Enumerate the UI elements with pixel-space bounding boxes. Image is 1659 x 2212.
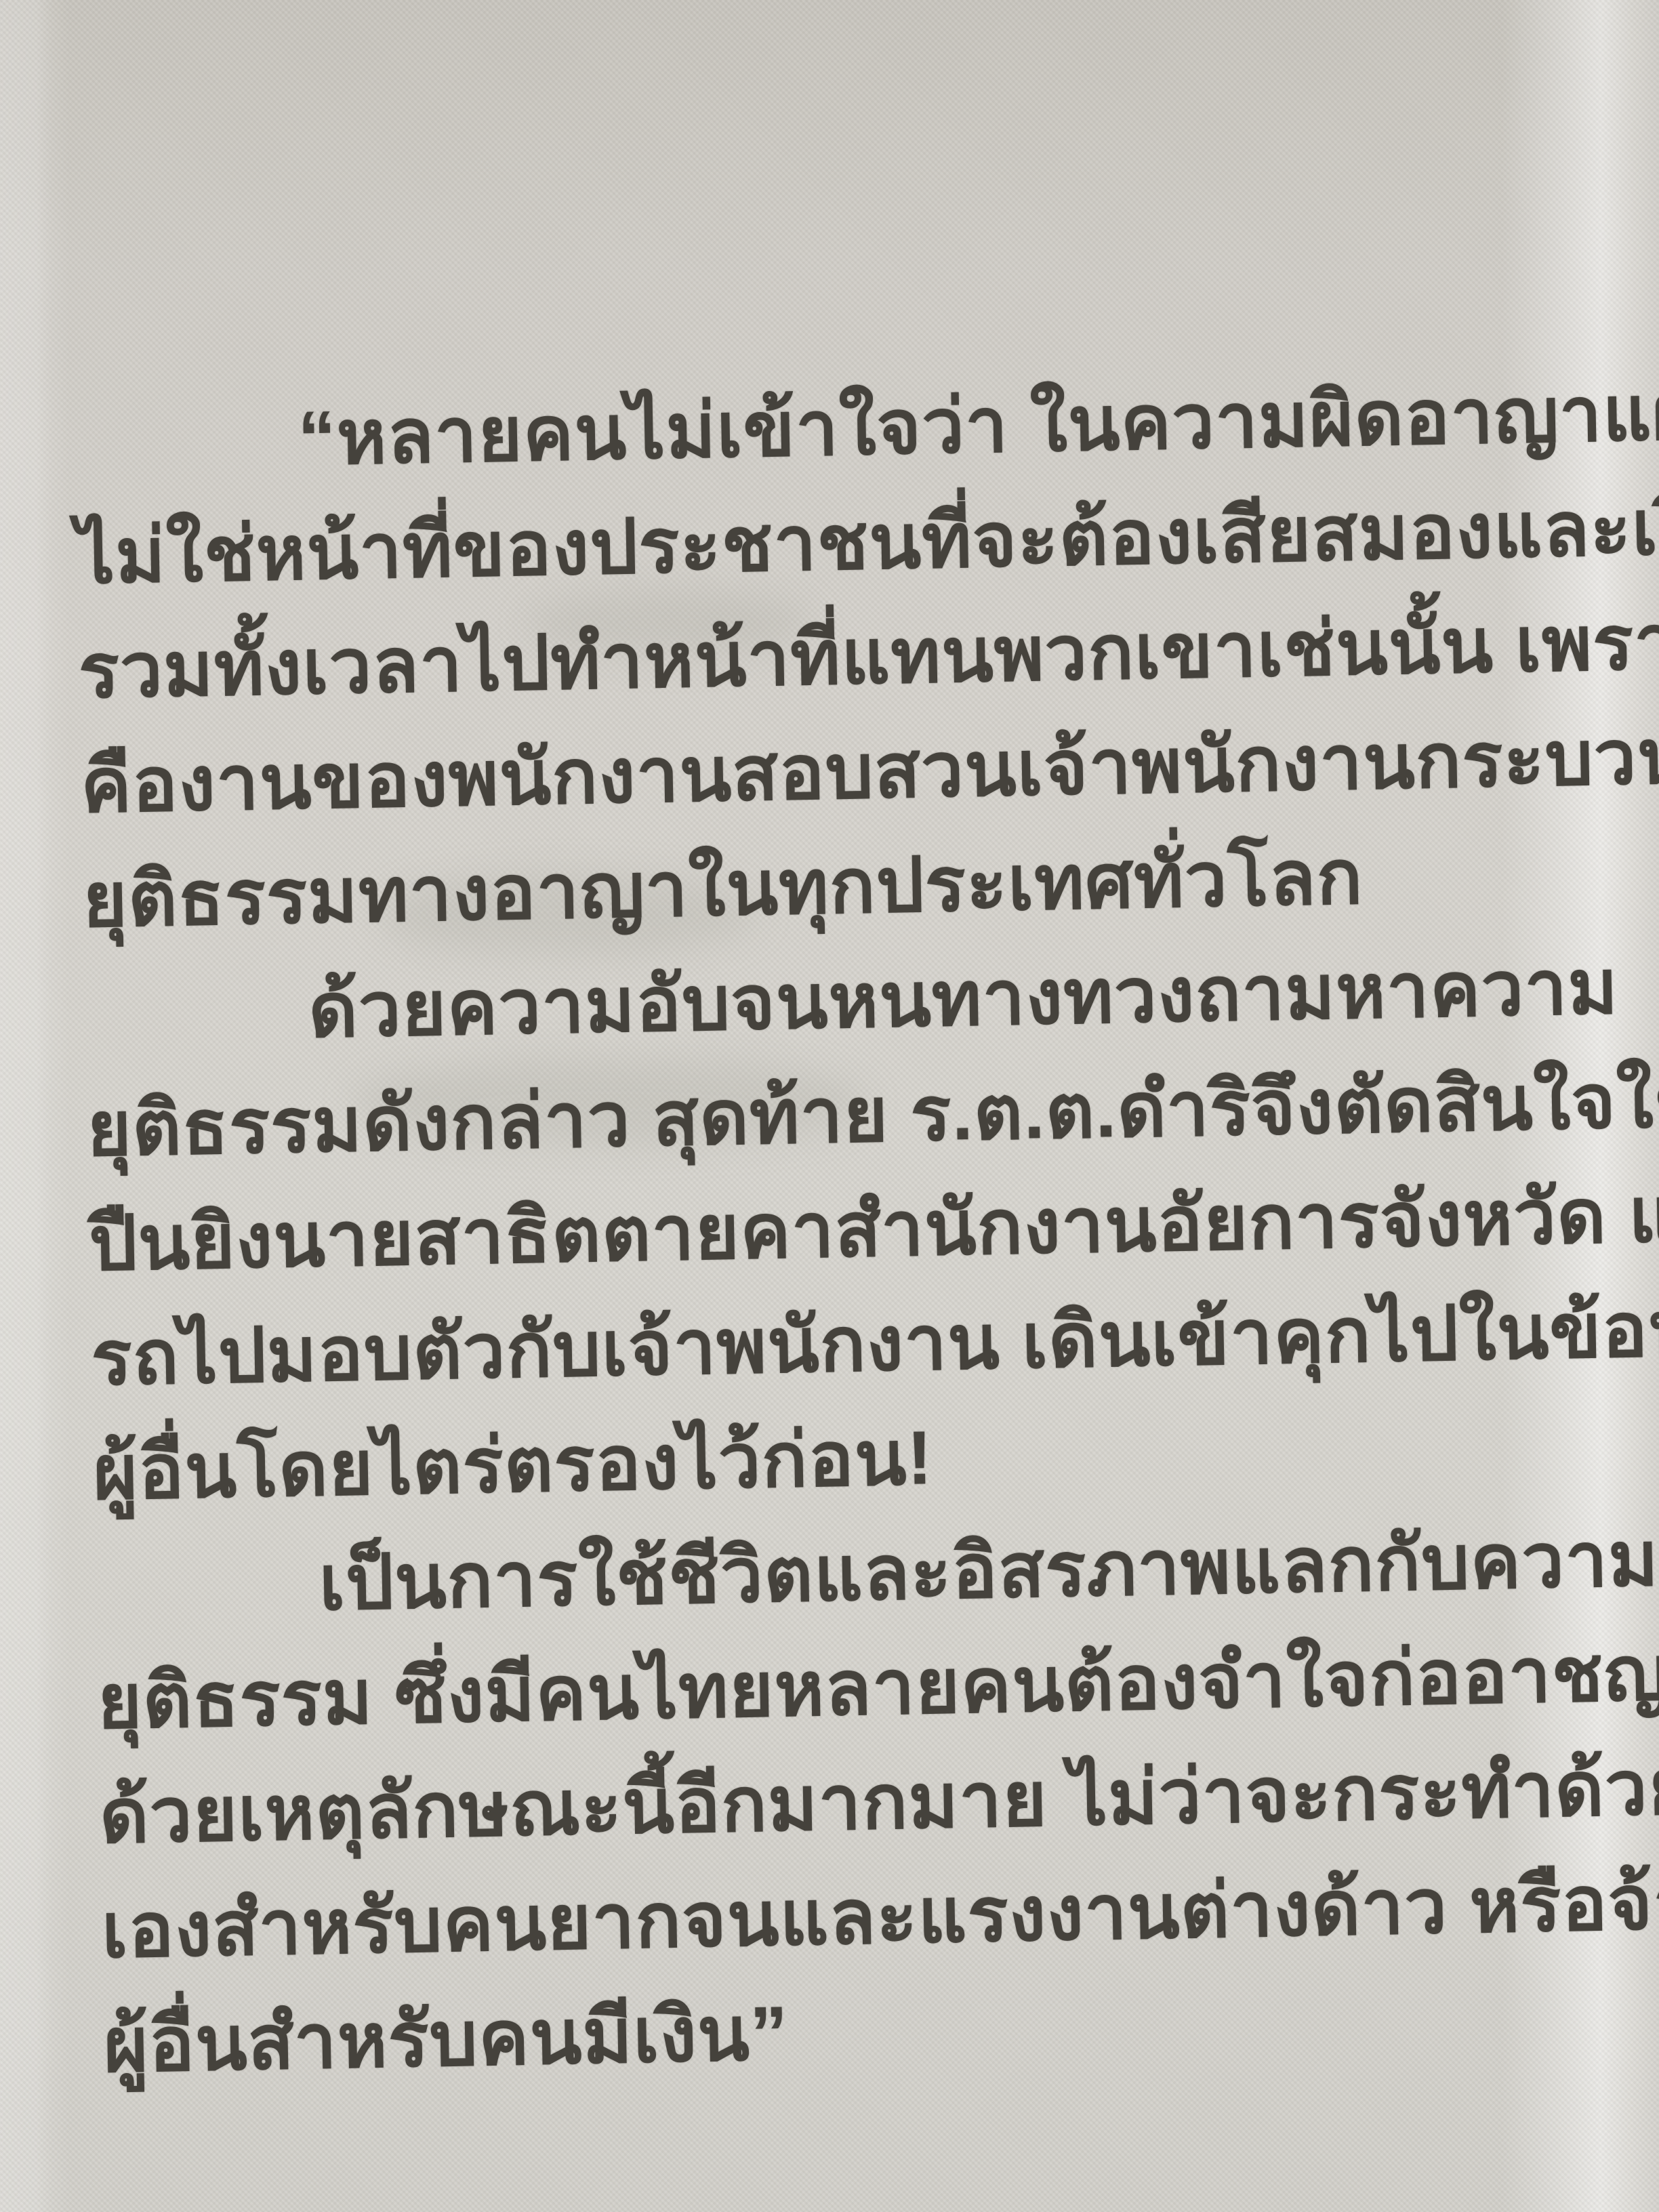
book-page-photo: “หลายคนไม่เข้าใจว่า ในความผิดอาญาแผ่นดิน… [0,0,1659,2212]
quote-text-block: “หลายคนไม่เข้าใจว่า ในความผิดอาญาแผ่นดิน… [73,358,1593,2103]
